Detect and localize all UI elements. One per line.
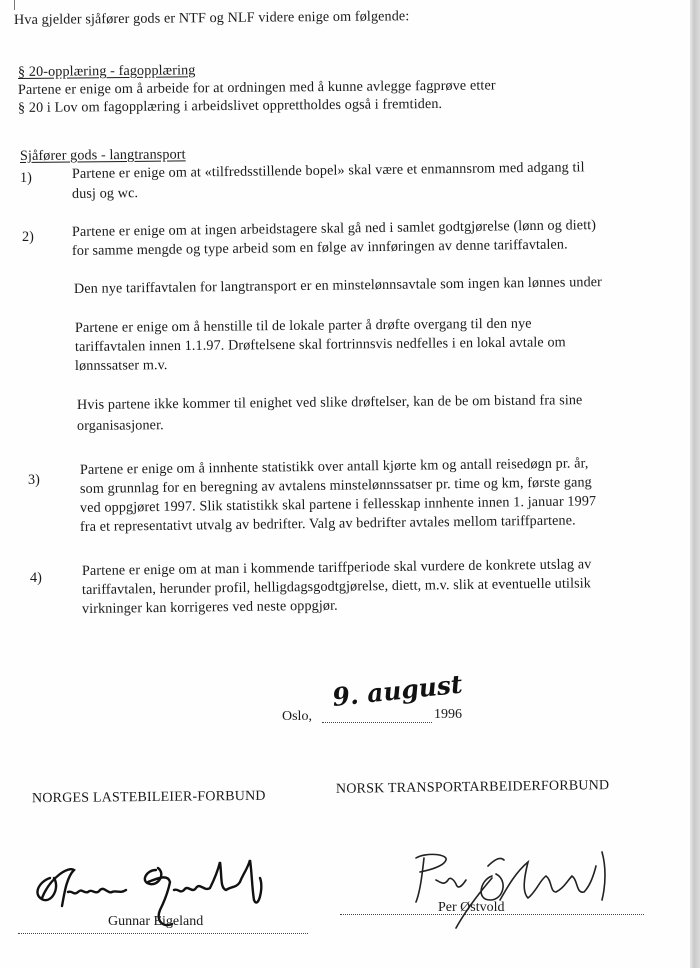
item2-paragraph-line: organisasjoner.: [77, 417, 164, 435]
item2-line: for samme mengde og type arbeid som en f…: [72, 237, 568, 260]
item-number-4: 4): [30, 570, 42, 587]
item3-line: fra et representativt utvalg av bedrifte…: [80, 513, 576, 536]
scanned-document-page: Hva gjelder sjåfører gods er NTF og NLF …: [0, 0, 700, 968]
signature-line-left: [18, 933, 308, 934]
organization-ntf: NORSK TRANSPORTARBEIDERFORBUND: [336, 778, 610, 798]
handwritten-date: 9. august: [331, 670, 464, 712]
dateline-place: Oslo,: [282, 709, 312, 725]
scanner-edge-shadow: [690, 0, 700, 968]
scan-artifact-mark: [14, 0, 15, 10]
item2-paragraph-line: Hvis partene ikke kommer til enighet ved…: [77, 392, 583, 414]
signature-per-ostvold: [396, 840, 656, 930]
organization-nlf: NORGES LASTEBILEIER-FORBUND: [32, 789, 266, 807]
date-dotted-line: [322, 722, 432, 723]
signer-name-left: Gunnar Eigeland: [108, 914, 203, 930]
signer-name-right: Per Østvold: [438, 900, 505, 916]
item2-paragraph-line: tariffavtalen innen 1.1.97. Drøftelsene …: [75, 334, 566, 356]
item4-line: virkninger kan korrigeres ved neste oppg…: [82, 598, 338, 618]
section-heading-langtransport: Sjåfører gods - langtransport: [20, 146, 186, 165]
section-heading-fagopplaering: § 20-opplæring - fagopplæring: [18, 62, 196, 81]
item-number-1: 1): [20, 170, 32, 187]
intro-text: Hva gjelder sjåfører gods er NTF og NLF …: [14, 8, 410, 29]
item1-line: dusj og wc.: [72, 185, 138, 203]
item-number-3: 3): [28, 472, 40, 489]
item2-paragraph-minstelonn: Den nye tariffavtalen for langtransport …: [74, 274, 602, 298]
item2-paragraph-line: Partene er enige om å henstille til de l…: [75, 316, 532, 337]
item-number-2: 2): [22, 229, 34, 246]
item2-paragraph-line: lønnssatser m.v.: [75, 357, 168, 375]
dateline-year: 1996: [434, 707, 462, 723]
section1-line: § 20 i Lov om fagopplæring i arbeidslive…: [18, 96, 442, 117]
